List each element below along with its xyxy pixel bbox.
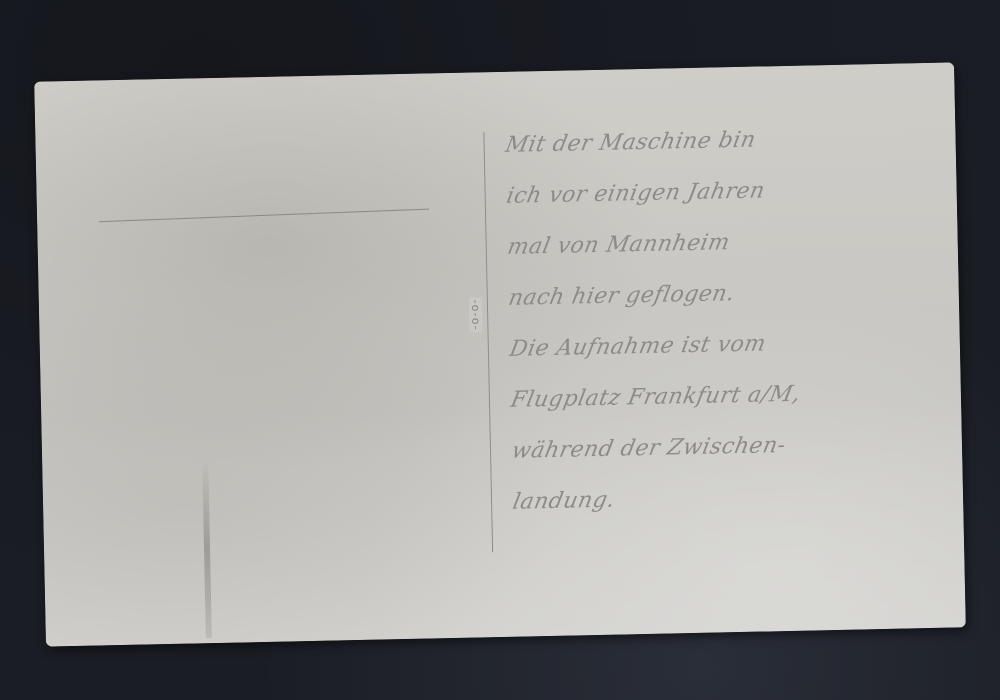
divider-ornament: -o-o- bbox=[469, 297, 483, 332]
postcard-back: -o-o- Mit der Maschine bin ich vor einig… bbox=[34, 62, 966, 646]
message-line: Mit der Maschine bin bbox=[501, 111, 931, 171]
handwritten-message: Mit der Maschine bin ich vor einigen Jah… bbox=[505, 111, 933, 528]
message-line: mal von Mannheim bbox=[503, 213, 933, 273]
message-line: nach hier geflogen. bbox=[504, 264, 934, 324]
center-divider-line bbox=[483, 132, 493, 552]
paper-stain bbox=[202, 458, 212, 638]
message-line: Flugplatz Frankfurt a/M, bbox=[506, 366, 936, 426]
message-line: ich vor einigen Jahren bbox=[502, 162, 932, 222]
message-line: landung. bbox=[508, 468, 938, 528]
message-line: während der Zwischen- bbox=[507, 417, 937, 477]
address-line bbox=[99, 209, 429, 223]
message-line: Die Aufnahme ist vom bbox=[505, 315, 935, 375]
